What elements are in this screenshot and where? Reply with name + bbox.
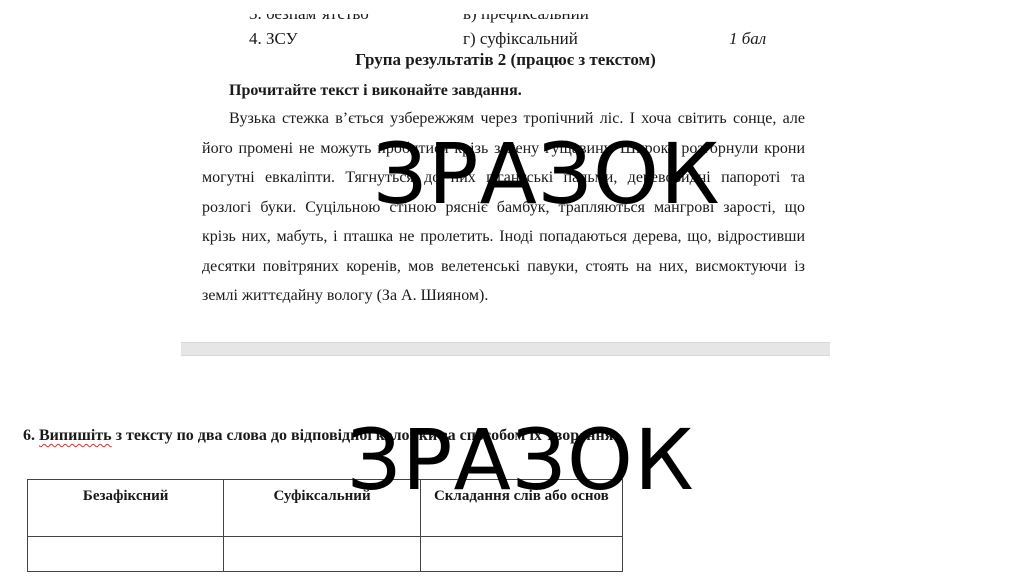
watermark: ЗРАЗОК bbox=[373, 132, 721, 216]
column-header: Безафіксний bbox=[28, 480, 224, 537]
table-row bbox=[28, 537, 623, 572]
spellcheck-word[interactable]: Випишіть bbox=[39, 427, 112, 444]
answer-cell[interactable] bbox=[420, 537, 622, 572]
matching-row-4-right: г) суфіксальний bbox=[463, 29, 578, 49]
instruction: Прочитайте текст і виконайте завдання. bbox=[229, 82, 522, 100]
score-label: 1 бал bbox=[729, 29, 766, 49]
task-number: 6. bbox=[23, 427, 35, 444]
section-heading: Група результатів 2 (працює з текстом) bbox=[181, 50, 830, 70]
watermark: ЗРАЗОК bbox=[347, 418, 695, 502]
answer-cell[interactable] bbox=[224, 537, 420, 572]
passage-line: крізь них, мабуть, і пташка не пролетить… bbox=[202, 228, 805, 246]
passage-line: землі життєдайну вологу (За А. Шияном). bbox=[202, 287, 488, 305]
page-break bbox=[181, 342, 830, 356]
matching-row-3-left: 3. безпам’ятство bbox=[249, 4, 369, 24]
passage-line: десятки повітряних коренів, мов велетенс… bbox=[202, 258, 805, 276]
matching-row-4-left: 4. ЗСУ bbox=[249, 29, 298, 49]
matching-row-3-right: в) префіксальний bbox=[463, 4, 589, 24]
answer-cell[interactable] bbox=[28, 537, 224, 572]
